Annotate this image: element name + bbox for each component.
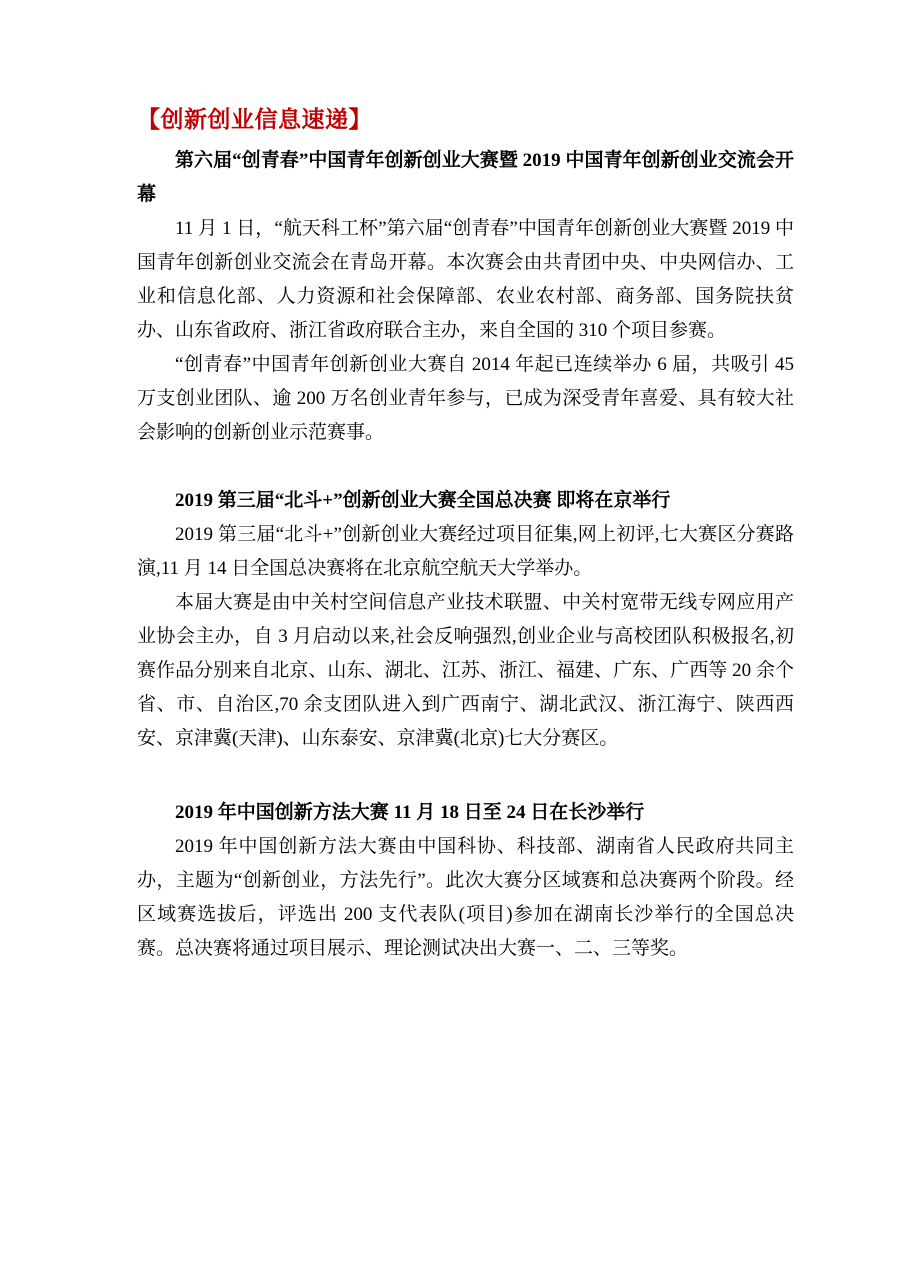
article: 2019 第三届“北斗+”创新创业大赛全国总决赛 即将在京举行 2019 第三届…: [137, 484, 794, 756]
article-paragraph: 2019 第三届“北斗+”创新创业大赛经过项目征集,网上初评,七大赛区分赛路演,…: [137, 518, 794, 586]
article-title: 2019 第三届“北斗+”创新创业大赛全国总决赛 即将在京举行: [137, 484, 794, 518]
document-page: 【创新创业信息速递】 第六届“创青春”中国青年创新创业大赛暨 2019 中国青年…: [0, 0, 900, 1273]
article-paragraph: 11 月 1 日，“航天科工杯”第六届“创青春”中国青年创新创业大赛暨 2019…: [137, 212, 794, 348]
article: 第六届“创青春”中国青年创新创业大赛暨 2019 中国青年创新创业交流会开幕 1…: [137, 144, 794, 450]
article-title: 2019 年中国创新方法大赛 11 月 18 日至 24 日在长沙举行: [137, 796, 794, 830]
article: 2019 年中国创新方法大赛 11 月 18 日至 24 日在长沙举行 2019…: [137, 796, 794, 966]
article-paragraph: “创青春”中国青年创新创业大赛自 2014 年起已连续举办 6 届，共吸引 45…: [137, 348, 794, 450]
article-paragraph: 2019 年中国创新方法大赛由中国科协、科技部、湖南省人民政府共同主办，主题为“…: [137, 830, 794, 966]
section-header: 【创新创业信息速递】: [137, 104, 794, 134]
article-paragraph: 本届大赛是由中关村空间信息产业技术联盟、中关村宽带无线专网应用产业协会主办，自 …: [137, 586, 794, 756]
article-title: 第六届“创青春”中国青年创新创业大赛暨 2019 中国青年创新创业交流会开幕: [137, 144, 794, 212]
